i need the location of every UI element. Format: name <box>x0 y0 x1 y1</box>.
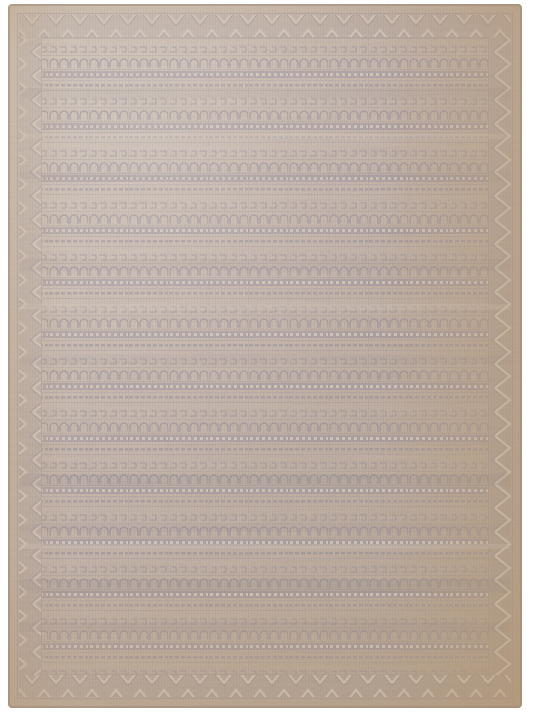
photo-backdrop <box>0 0 533 718</box>
rug-image <box>8 4 522 708</box>
rug-photo <box>8 4 522 708</box>
edge-vignettes <box>8 4 522 708</box>
